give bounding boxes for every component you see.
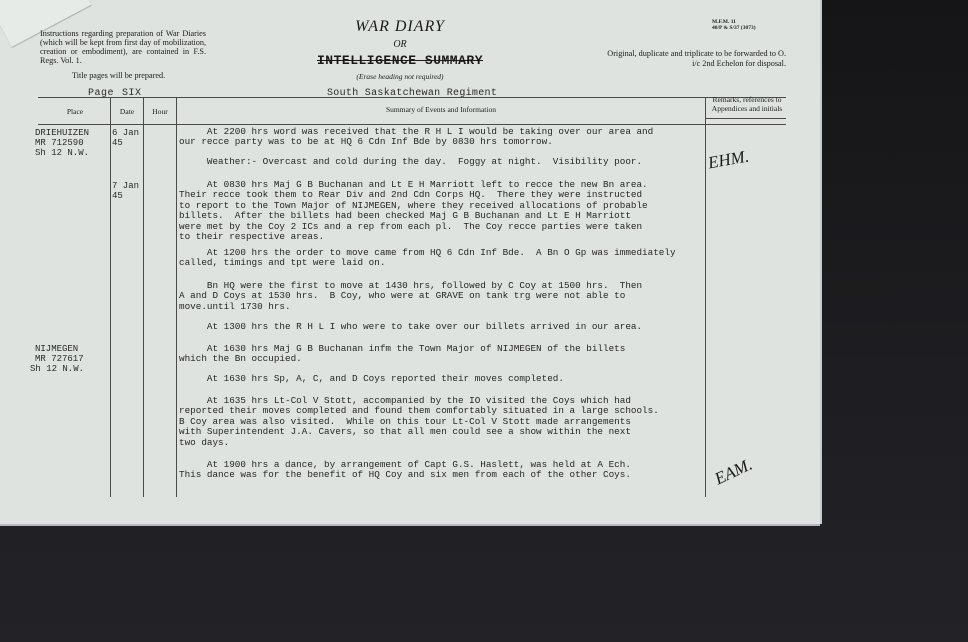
erase-note: (Erase heading not required) (300, 72, 500, 81)
place-entry: NIJMEGEN MR 727617 Sh 12 N.W. (30, 344, 84, 374)
diary-entry: At 1635 hrs Lt-Col V Stott, accompanied … (179, 396, 709, 448)
distribution-note: Original, duplicate and triplicate to be… (600, 49, 786, 68)
diary-heading: WAR DIARY OR INTELLIGENCE SUMMARY (Erase… (300, 18, 500, 81)
table-top-rule (38, 97, 786, 98)
place-entry: DRIEHUIZEN MR 712590 Sh 12 N.W. (35, 128, 89, 158)
title-pages-note: Title pages will be prepared. (72, 71, 165, 80)
instructions-note: Instructions regarding preparation of Wa… (40, 29, 206, 65)
col-divider-date (143, 97, 144, 497)
column-header-remarks: Remarks, references to Appendices and in… (707, 96, 787, 113)
column-header-place: Place (40, 108, 110, 117)
diary-entry: At 1300 hrs the R H L I who were to take… (179, 322, 709, 332)
form-code: M.F.M. 11 40/P & S/37 (3073) (712, 19, 756, 31)
diary-entry: At 1630 hrs Maj G B Buchanan infm the To… (179, 344, 709, 365)
header-bottom-rule (38, 124, 786, 125)
diary-entry: At 2200 hrs word was received that the R… (179, 127, 709, 148)
initials-signature: EHM. (707, 147, 751, 174)
diary-entry: At 1200 hrs the order to move came from … (179, 248, 709, 269)
column-header-hour: Hour (144, 108, 176, 117)
column-header-date: Date (111, 108, 143, 117)
diary-entry: Weather:- Overcast and cold during the d… (179, 157, 709, 167)
remarks-header-rule (705, 118, 786, 119)
diary-entry: At 0830 hrs Maj G B Buchanan and Lt E H … (179, 180, 709, 242)
initials-signature: EAM. (712, 455, 756, 490)
diary-entry: At 1630 hrs Sp, A, C, and D Coys reporte… (179, 374, 709, 384)
date-entry: 6 Jan 45 (112, 128, 139, 148)
date-entry: 7 Jan 45 (112, 181, 139, 201)
war-diary-page: Instructions regarding preparation of Wa… (0, 0, 820, 524)
diary-title: WAR DIARY (300, 18, 500, 36)
diary-entry: Bn HQ were the first to move at 1430 hrs… (179, 281, 709, 312)
struck-heading: INTELLIGENCE SUMMARY (282, 53, 518, 68)
column-header-summary: Summary of Events and Information (177, 106, 705, 115)
col-divider-hour (176, 97, 177, 497)
col-divider-place (110, 97, 111, 497)
heading-or: OR (300, 39, 500, 50)
diary-entry: At 1900 hrs a dance, by arrangement of C… (179, 460, 709, 481)
